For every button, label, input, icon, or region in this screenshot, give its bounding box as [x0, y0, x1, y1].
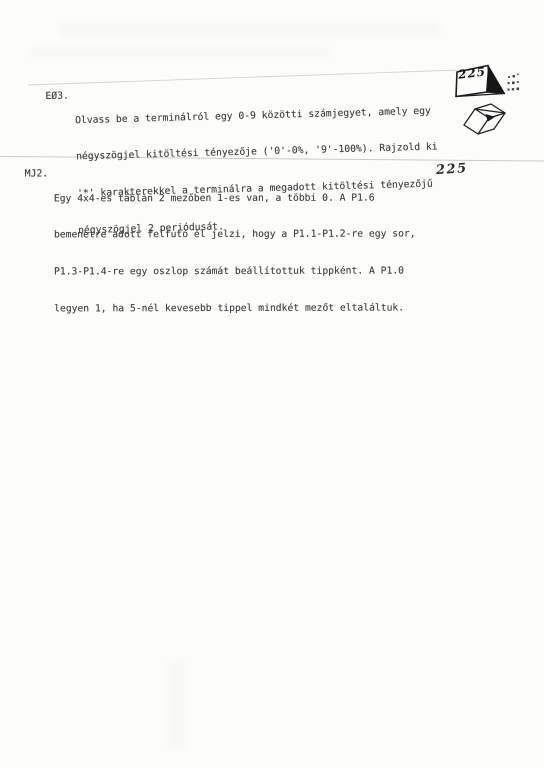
problem-line: P1.3-P1.4-re egy oszlop számát beállítot… [54, 266, 416, 279]
problem-line: bemenetre adott felfutó él jelzi, hogy a… [54, 229, 416, 242]
scanned-page: 225 EØ3. Olvass be a terminálról egy 0-9… [0, 0, 544, 768]
problem-mj2-label: MJ2. [25, 168, 54, 340]
handwritten-number-mj2: 225 [436, 161, 471, 178]
wireframe-box-icon [464, 104, 505, 134]
problem-line: Egy 4x4-es táblán 2 mezőben 1-es van, a … [54, 192, 416, 205]
problem-line: legyen 1, ha 5-nél kevesebb tippel mindk… [54, 303, 416, 316]
problem-line: négyszögjel kitöltési tényezője ('0'-0%,… [76, 142, 438, 164]
dot-cluster-icon [508, 74, 520, 91]
problem-line: Olvass be a terminálról egy 0-9 közötti … [75, 105, 437, 127]
problem-mj2: MJ2. Egy 4x4-es táblán 2 mezőben 1-es va… [25, 167, 416, 340]
problem-mj2-text: Egy 4x4-es táblán 2 mezőben 1-es van, a … [54, 167, 416, 340]
